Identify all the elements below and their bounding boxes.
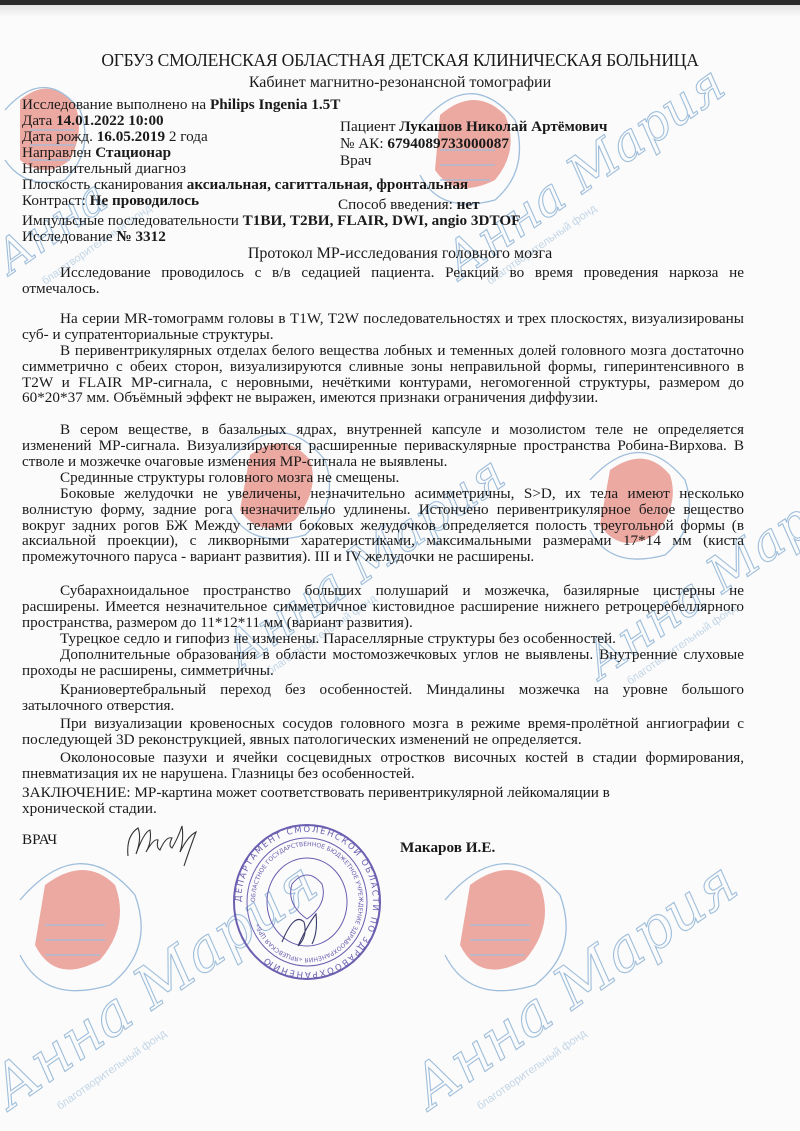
- protocol-paragraph: Боковые желудочки не увеличены, незначит…: [22, 486, 744, 565]
- contrast-value: Не проводилось: [90, 192, 199, 209]
- protocol-paragraph: В сером веществе, в базальных ядрах, вну…: [22, 422, 744, 469]
- dob-row: Дата рожд. 16.05.2019 2 года: [22, 129, 208, 145]
- protocol-paragraph: При визуализации кровеносных сосудов гол…: [22, 716, 744, 748]
- department-name: Кабинет магнитно-резонансной томографии: [0, 75, 800, 91]
- patient-row: Пациент Лукашов Николай Артёмович: [340, 119, 607, 135]
- age: 2 года: [165, 128, 208, 145]
- sequences-value: T1ВИ, T2ВИ, FLAIR, DWI, angio 3DTOF: [243, 212, 521, 229]
- doctor-label: Врач: [340, 153, 372, 169]
- protocol-paragraph: Краниовертебральный переход без особенно…: [22, 682, 744, 714]
- protocol-paragraph: Субарахноидальное пространство больших п…: [22, 583, 744, 630]
- referred-row: Направлен Стационар: [22, 145, 171, 161]
- doctor-name: Макаров И.Е.: [400, 840, 495, 856]
- protocol-paragraph: Турецкое седло и гипофиз не изменены. Па…: [22, 631, 744, 647]
- referred-value: Стационар: [95, 144, 171, 161]
- ak-row: № АК: 6794089733000087: [340, 136, 509, 152]
- study-number: № 3312: [116, 228, 165, 245]
- signature-role: ВРАЧ: [22, 832, 57, 848]
- study-date: 14.01.2022 10:00: [56, 112, 164, 129]
- scan-plane-value: аксиальная, сагиттальная, фронтальная: [187, 176, 468, 193]
- official-stamp: ДЕПАРТАМЕНТ СМОЛЕНСКОЙ ОБЛАСТИ ПО ЗДРАВО…: [232, 822, 382, 982]
- contrast-row: Контраст: Не проводилось: [22, 193, 199, 209]
- protocol-paragraph: Дополнительные образования в области мос…: [22, 647, 744, 679]
- dob-value: 16.05.2019: [97, 128, 165, 145]
- sequences-row: Импульсные последовательности T1ВИ, T2ВИ…: [22, 213, 520, 229]
- conclusion: ЗАКЛЮЧЕНИЕ: МР-картина может соответство…: [22, 785, 652, 817]
- ak-number: 6794089733000087: [387, 135, 509, 152]
- protocol-paragraph: Околоносовые пазухи и ячейки сосцевидных…: [22, 750, 744, 782]
- study-number-row: Исследование № 3312: [22, 229, 166, 245]
- protocol-title: Протокол МР-исследования головного мозга: [0, 246, 800, 262]
- route-row: Способ введения: нет: [338, 197, 480, 213]
- protocol-paragraph: Срединные структуры головного мозга не с…: [22, 470, 744, 486]
- protocol-paragraph: На серии MR-томограмм головы в T1W, T2W …: [22, 311, 744, 343]
- protocol-paragraph: Исследование проводилось с в/в седацией …: [22, 265, 744, 297]
- scan-plane-row: Плоскость сканирования аксиальная, сагит…: [22, 177, 468, 193]
- institution-name: ОГБУЗ СМОЛЕНСКАЯ ОБЛАСТНАЯ ДЕТСКАЯ КЛИНИ…: [0, 52, 800, 68]
- route-value: нет: [457, 196, 480, 213]
- date-row: Дата 14.01.2022 10:00: [22, 113, 164, 129]
- mri-report-document: ОГБУЗ СМОЛЕНСКАЯ ОБЛАСТНАЯ ДЕТСКАЯ КЛИНИ…: [0, 0, 800, 1131]
- scanner-row: Исследование выполнено на Philips Ingeni…: [22, 97, 340, 113]
- round-seal-icon: ДЕПАРТАМЕНТ СМОЛЕНСКОЙ ОБЛАСТИ ПО ЗДРАВО…: [232, 822, 382, 982]
- patient-name: Лукашов Николай Артёмович: [399, 118, 607, 135]
- scanner-value: Philips Ingenia 1.5T: [210, 96, 340, 113]
- diagnosis-label: Направительный диагноз: [22, 161, 186, 177]
- protocol-paragraph: В перивентрикулярных отделах белого веще…: [22, 343, 744, 406]
- handwritten-signature-icon: [120, 818, 230, 873]
- doctor-signature: [120, 818, 230, 878]
